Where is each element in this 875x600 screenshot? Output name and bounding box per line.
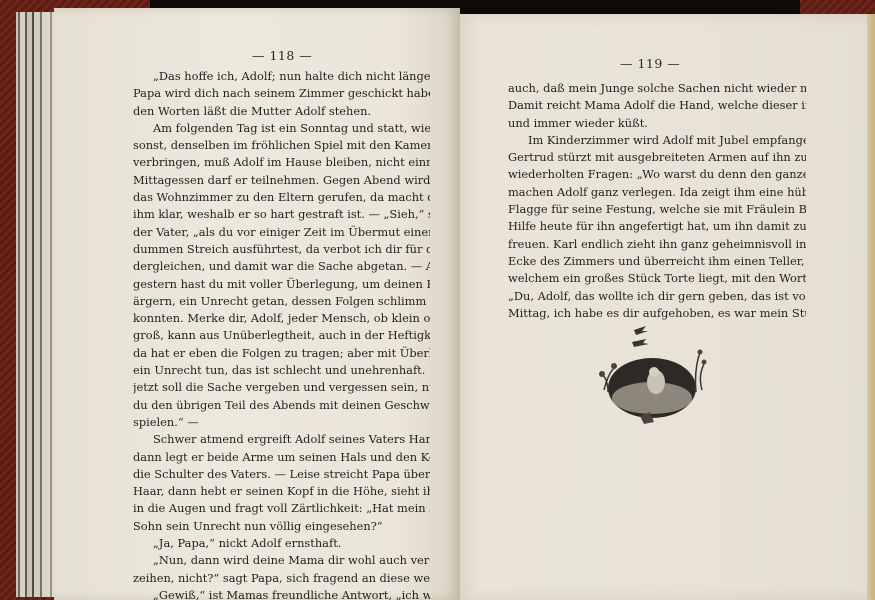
- text-line: Damit reicht Mama Adolf die Hand, welche…: [508, 97, 806, 114]
- text-line: Ecke des Zimmers und überreicht ihm eine…: [508, 253, 806, 270]
- text-line: die Schulter des Vaters. — Leise streich…: [133, 466, 430, 483]
- text-line: verbringen, muß Adolf im Hause bleiben, …: [133, 154, 430, 171]
- text-line: Am folgenden Tag ist ein Sonntag und sta…: [133, 120, 430, 137]
- text-line: wiederholten Fragen: „Wo warst du denn d…: [508, 166, 806, 183]
- text-line: Gertrud stürzt mit ausgebreiteten Armen …: [508, 149, 806, 166]
- right-page-body: auch, daß mein Junge solche Sachen nicht…: [508, 80, 806, 322]
- vignette-illustration-icon: [592, 320, 717, 440]
- text-line: ihm klar, weshalb er so hart gestraft is…: [133, 206, 430, 223]
- text-line: Im Kinderzimmer wird Adolf mit Jubel emp…: [508, 132, 806, 149]
- text-line: „Nun, dann wird deine Mama dir wohl auch…: [133, 552, 430, 569]
- text-line: ein Unrecht tun, das ist schlecht und un…: [133, 362, 430, 379]
- text-line: dann legt er beide Arme um seinen Hals u…: [133, 449, 430, 466]
- text-line: zeihen, nicht?“ sagt Papa, sich fragend …: [133, 570, 430, 587]
- text-line: Sohn sein Unrecht nun völlig eingesehen?…: [133, 518, 430, 535]
- text-line: gestern hast du mit voller Überlegung, u…: [133, 276, 430, 293]
- text-line: und immer wieder küßt.: [508, 115, 806, 132]
- text-line: „Das hoffe ich, Adolf; nun halte dich ni…: [133, 68, 430, 85]
- text-line: dergleichen, und damit war die Sache abg…: [133, 258, 430, 275]
- right-page-number: — 119 —: [620, 56, 680, 71]
- text-line: groß, kann aus Unüberlegtheit, auch in d…: [133, 327, 430, 344]
- text-line: den Worten läßt die Mutter Adolf stehen.: [133, 103, 430, 120]
- text-line: Mittagessen darf er teilnehmen. Gegen Ab…: [133, 172, 430, 189]
- left-page-number: — 118 —: [252, 48, 312, 63]
- text-line: dummen Streich ausführtest, da verbot ic…: [133, 241, 430, 258]
- right-page-edge: [867, 14, 875, 600]
- text-line: Schwer atmend ergreift Adolf seines Vate…: [133, 431, 430, 448]
- text-line: jetzt soll die Sache vergeben und verges…: [133, 379, 430, 396]
- text-line: der Vater, „als du vor einiger Zeit im Ü…: [133, 224, 430, 241]
- text-line: ärgern, ein Unrecht getan, dessen Folgen…: [133, 293, 430, 310]
- text-line: das Wohnzimmer zu den Eltern gerufen, da…: [133, 189, 430, 206]
- book-cover-corner: [800, 0, 875, 14]
- text-line: in die Augen und fragt voll Zärtlichkeit…: [133, 500, 430, 517]
- text-line: „Ja, Papa,“ nickt Adolf ernsthaft.: [133, 535, 430, 552]
- page-block-edges: [16, 12, 56, 597]
- text-line: du den übrigen Teil des Abends mit deine…: [133, 397, 430, 414]
- text-line: „Gewiß,“ ist Mamas freundliche Antwort, …: [133, 587, 430, 600]
- text-line: Flagge für seine Festung, welche sie mit…: [508, 201, 806, 218]
- text-line: Hilfe heute für ihn angefertigt hat, um …: [508, 218, 806, 235]
- left-page-body: „Das hoffe ich, Adolf; nun halte dich ni…: [133, 68, 430, 600]
- text-line: da hat er eben die Folgen zu tragen; abe…: [133, 345, 430, 362]
- text-line: welchem ein großes Stück Torte liegt, mi…: [508, 270, 806, 287]
- text-line: „Du, Adolf, das wollte ich dir gern gebe…: [508, 288, 806, 305]
- text-line: spielen.“ —: [133, 414, 430, 431]
- text-line: konnten. Merke dir, Adolf, jeder Mensch,…: [133, 310, 430, 327]
- text-line: machen Adolf ganz verlegen. Ida zeigt ih…: [508, 184, 806, 201]
- text-line: Papa wird dich nach seinem Zimmer geschi…: [133, 85, 430, 102]
- text-line: auch, daß mein Junge solche Sachen nicht…: [508, 80, 806, 97]
- text-line: freuen. Karl endlich zieht ihn ganz gehe…: [508, 236, 806, 253]
- text-line: Haar, dann hebt er seinen Kopf in die Hö…: [133, 483, 430, 500]
- text-line: sonst, denselben im fröhlichen Spiel mit…: [133, 137, 430, 154]
